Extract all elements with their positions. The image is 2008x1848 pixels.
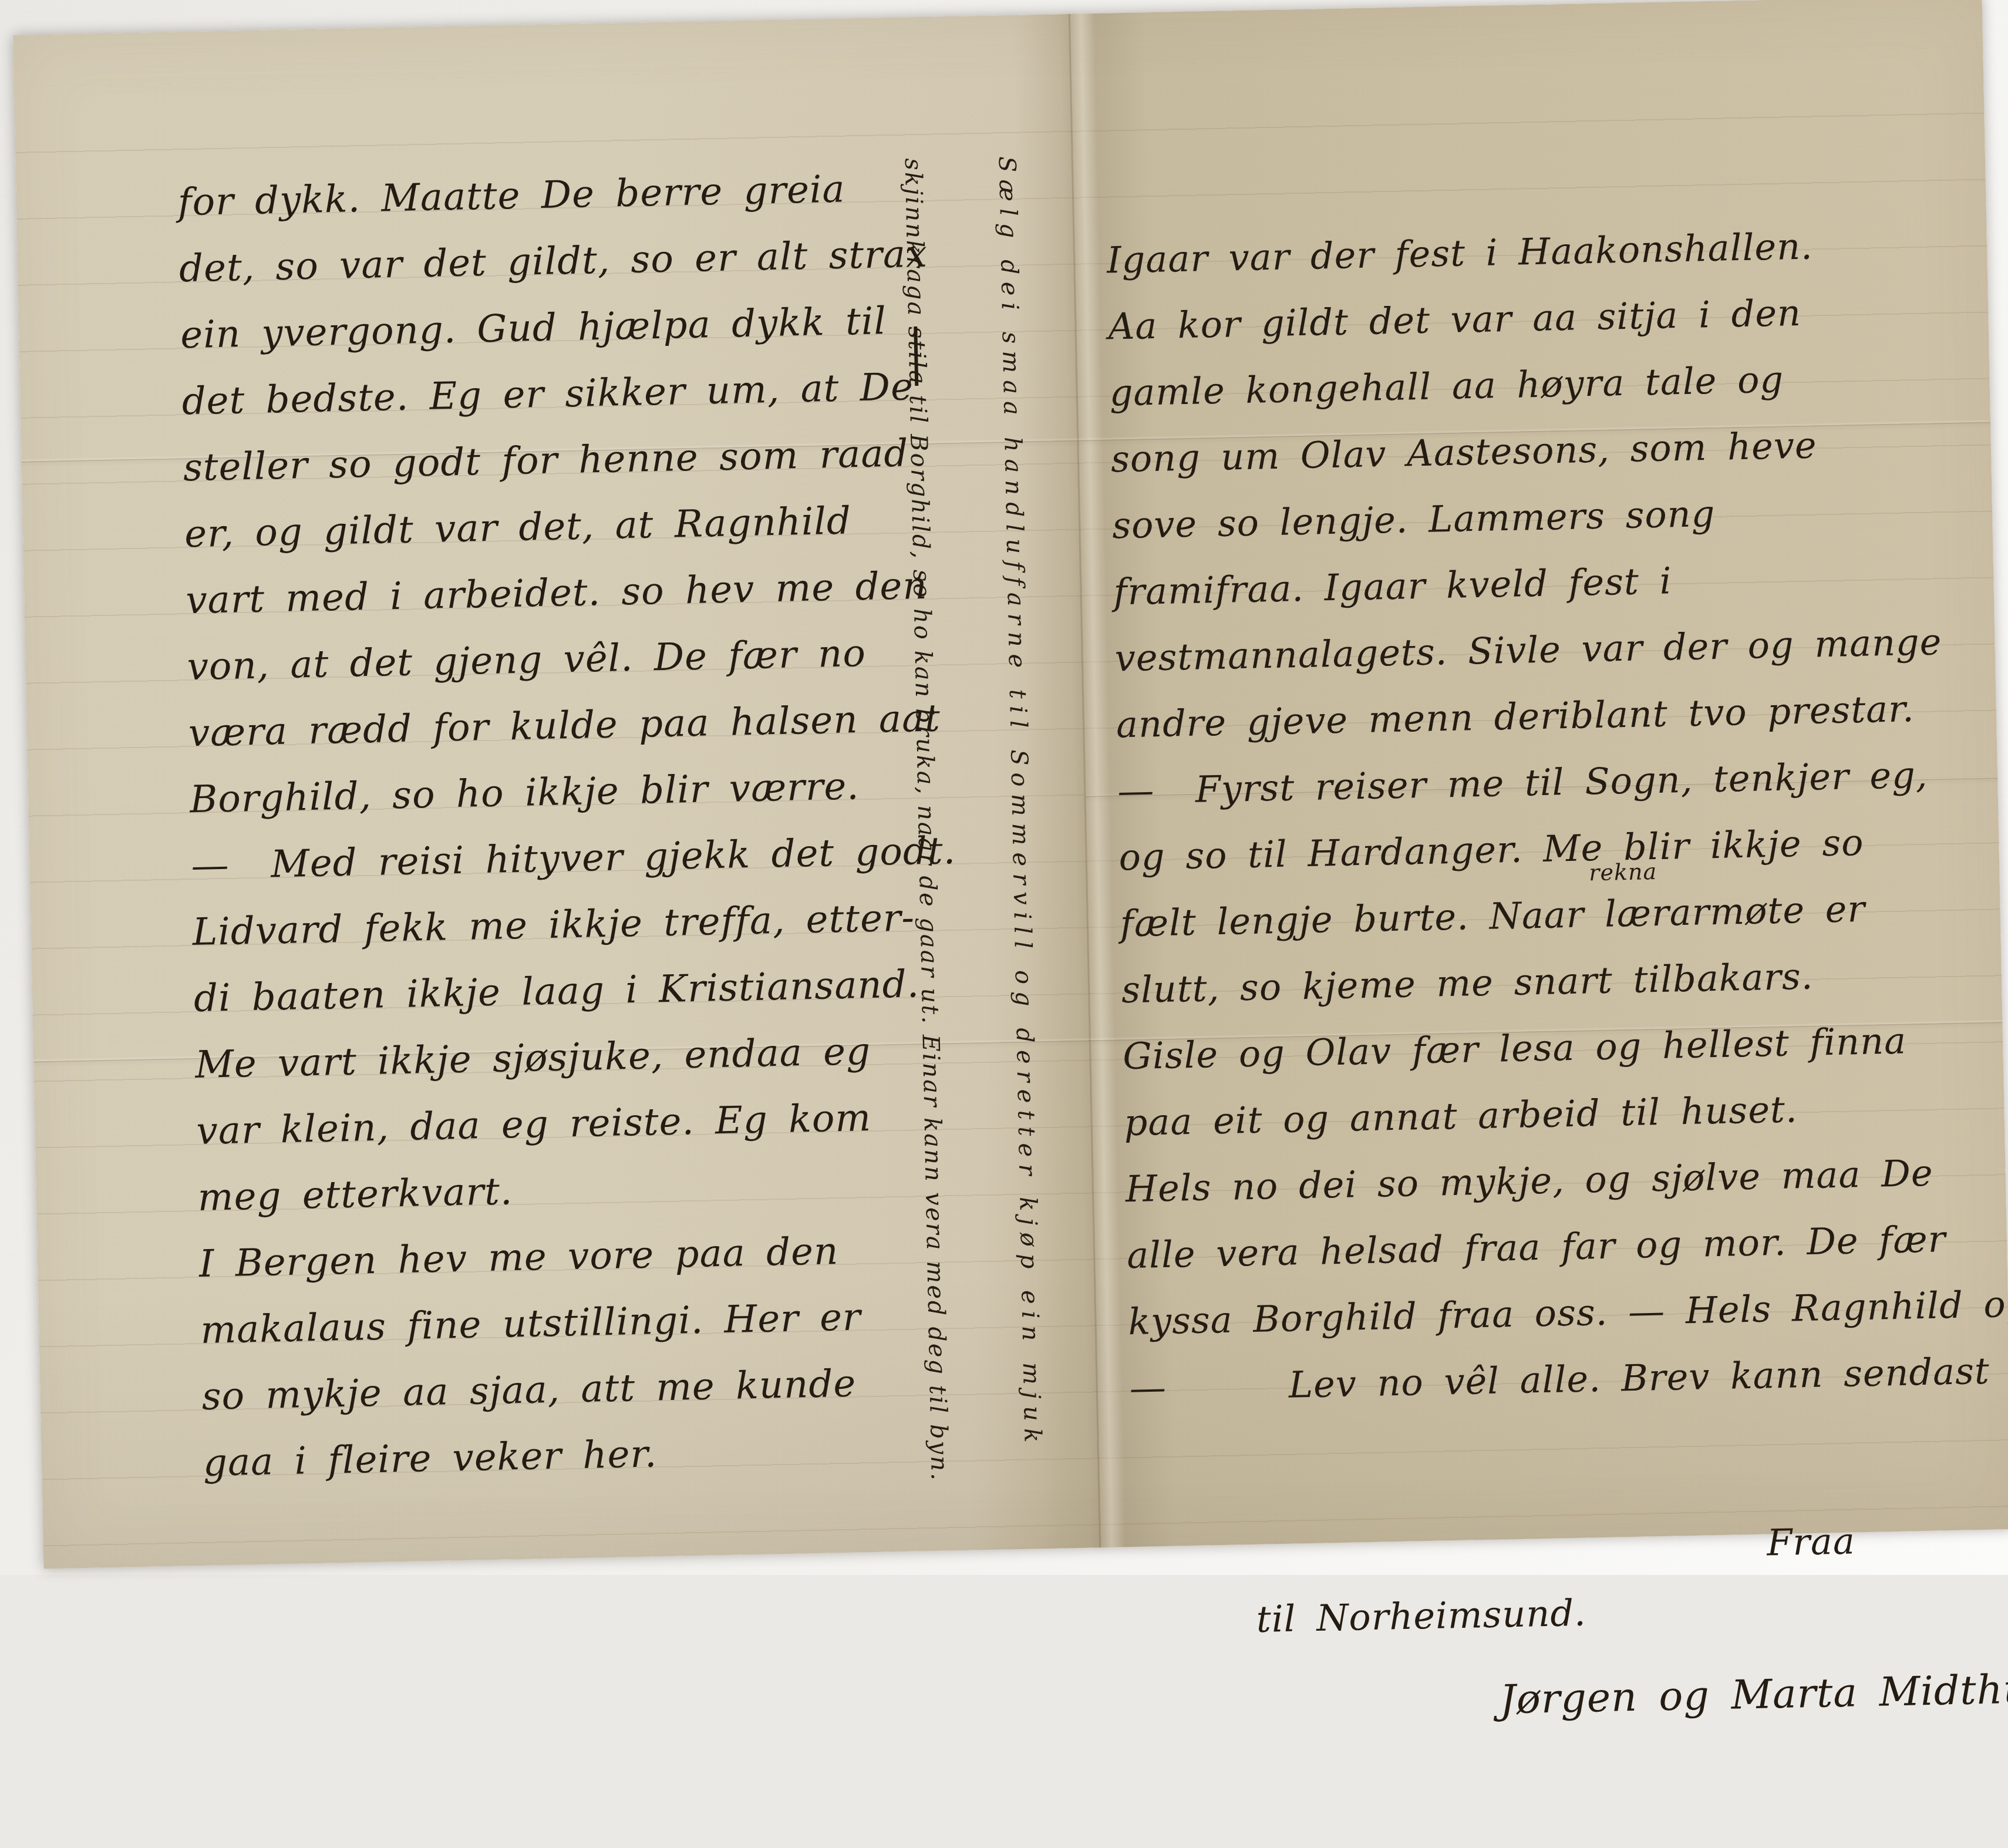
fold-note-line2-start: skjinnkraga bbox=[899, 158, 930, 327]
inserted-word-above-line: rekna bbox=[1589, 859, 1657, 886]
closing-fraa: Fraa bbox=[1766, 1507, 1856, 1575]
letter-paper: for dykk. Maatte De berre greiadet, so v… bbox=[13, 0, 2008, 1568]
fold-note-line-1: Sælg dei smaa handluffarne til Sommervil… bbox=[987, 156, 1055, 1550]
fold-note-struck-word: stila bbox=[902, 326, 931, 386]
right-page-lines: Igaar var der fest i Haakonshallen.Aa ko… bbox=[1106, 209, 2008, 1422]
closing-row: til Norheimsund. Fraa bbox=[1132, 1504, 2008, 1575]
right-page-text: Igaar var der fest i Haakonshallen.Aa ko… bbox=[1104, 123, 2008, 1575]
fold-note-line-2: skjinnkraga stila til Borghild, so ho ka… bbox=[893, 158, 961, 1553]
fold-note-line2-end: til Borghild, so ho kan bruka, naar de g… bbox=[904, 386, 952, 1483]
